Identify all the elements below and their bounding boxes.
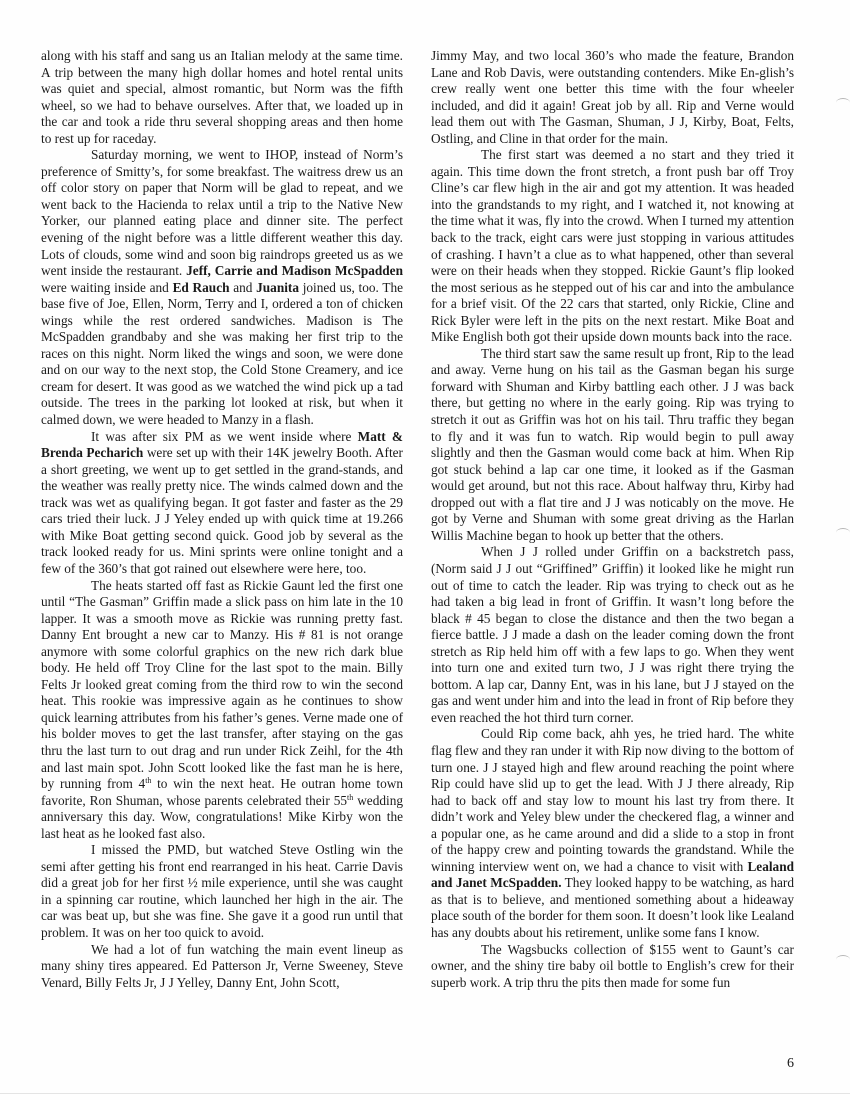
paragraph: along with his staff and sang us an Ital… bbox=[41, 48, 403, 147]
paragraph: When J J rolled under Griffin on a backs… bbox=[431, 544, 794, 726]
paragraph: The Wagsbucks collection of $155 went to… bbox=[431, 942, 794, 992]
bold-name: Jeff, Carrie and Madison McSpadden bbox=[186, 263, 403, 278]
margin-scan-mark bbox=[836, 955, 850, 964]
page-bottom-edge bbox=[0, 1093, 850, 1094]
bold-name: Juanita bbox=[256, 280, 299, 295]
paragraph: Saturday morning, we went to IHOP, inste… bbox=[41, 147, 403, 428]
page-number: 6 bbox=[787, 1056, 794, 1072]
paragraph: The heats started off fast as Rickie Gau… bbox=[41, 578, 403, 843]
bold-name: Matt & Brenda Pecharich bbox=[41, 429, 403, 461]
paragraph: The first start was deemed a no start an… bbox=[431, 147, 794, 346]
superscript: th bbox=[145, 776, 151, 785]
bold-name: Lealand and Janet McSpadden. bbox=[431, 859, 794, 891]
paragraph: It was after six PM as we went inside wh… bbox=[41, 429, 403, 578]
left-column: along with his staff and sang us an Ital… bbox=[41, 48, 403, 991]
paragraph: Could Rip come back, ahh yes, he tried h… bbox=[431, 726, 794, 941]
paragraph: Jimmy May, and two local 360’s who made … bbox=[431, 48, 794, 147]
superscript: th bbox=[347, 793, 353, 802]
margin-scan-mark bbox=[836, 528, 850, 537]
document-page: along with his staff and sang us an Ital… bbox=[0, 0, 850, 1100]
paragraph: The third start saw the same result up f… bbox=[431, 346, 794, 545]
bold-name: Ed Rauch bbox=[173, 280, 230, 295]
margin-scan-mark bbox=[836, 98, 850, 107]
right-column: Jimmy May, and two local 360’s who made … bbox=[431, 48, 794, 991]
paragraph: I missed the PMD, but watched Steve Ostl… bbox=[41, 842, 403, 941]
paragraph: We had a lot of fun watching the main ev… bbox=[41, 942, 403, 992]
